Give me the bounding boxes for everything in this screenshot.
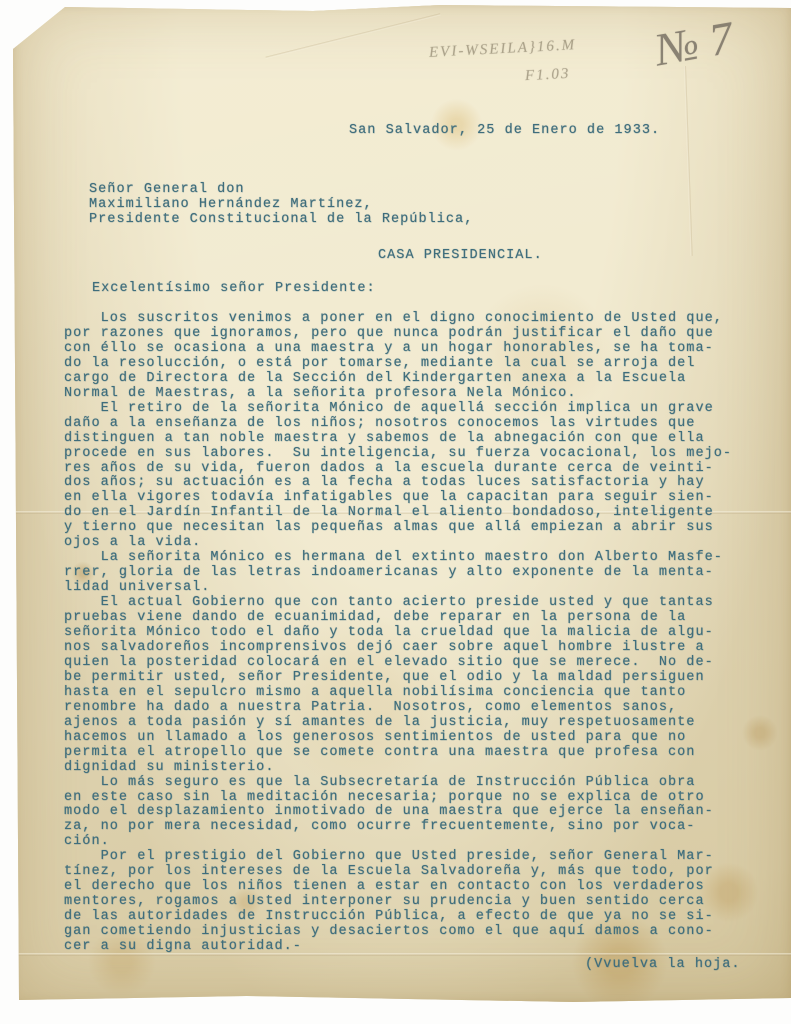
- text-line: señorita Mónico todo el daño y toda la c…: [64, 626, 732, 641]
- text-line: hacemos un llamado a los generosos senti…: [64, 731, 732, 746]
- salutation: Excelentísimo señor Presidente:: [92, 282, 376, 297]
- pencil-bleedthrough-note: EVI-WSEILA}16.M: [429, 37, 577, 62]
- pencil-folio-number: № 7: [651, 11, 737, 77]
- text-line: cargo de Directora de la Sección del Kin…: [64, 372, 732, 387]
- paragraph: Los suscritos venimos a poner en el dign…: [64, 312, 732, 402]
- text-line: rrer, gloria de las letras indoamericana…: [64, 566, 732, 581]
- letter-page: EVI-WSEILA}16.M F1.03 № 7 San Salvador, …: [13, 5, 791, 1002]
- text-line: gan cometiendo injusticias y desaciertos…: [64, 925, 732, 940]
- edge-crease: [684, 66, 693, 256]
- paragraph: El retiro de la señorita Mónico de aquel…: [64, 402, 732, 552]
- text-line: procede en sus labores. Su inteligencia,…: [64, 447, 732, 462]
- text-line: renombre ha dado a nuestra Patria. Nosot…: [64, 701, 732, 716]
- text-line: hasta en el sepulcro mismo a aquella nob…: [64, 686, 732, 701]
- text-line: permita el atropello que se comete contr…: [64, 746, 732, 761]
- text-line: quien la posteridad colocará en el eleva…: [64, 656, 732, 671]
- text-line: El actual Gobierno que con tanto acierto…: [64, 596, 732, 611]
- text-line: Los suscritos venimos a poner en el dign…: [64, 312, 732, 327]
- text-line: de las autoridades de Instrucción Públic…: [64, 910, 732, 925]
- paragraph: Lo más seguro es que la Subsecretaría de…: [64, 776, 732, 851]
- text-line: Normal de Maestras, a la señorita profes…: [64, 387, 732, 402]
- text-line: ojos a la vida.: [64, 536, 732, 551]
- text-line: be permitir usted, señor Presidente, que…: [64, 671, 732, 686]
- text-line: mentores, rogamos a Usted interponer su …: [64, 895, 732, 910]
- date-line: San Salvador, 25 de Enero de 1933.: [349, 124, 660, 139]
- text-line: el derecho que los niños tienen a estar …: [64, 880, 732, 895]
- text-line: Señor General don: [89, 183, 473, 198]
- recipient-block: Señor General donMaximiliano Hernández M…: [89, 183, 473, 228]
- text-line: cer a su digna autoridad.-: [64, 940, 732, 955]
- text-line: za, no por mera necesidad, como ocurre f…: [64, 820, 732, 835]
- scanned-letter: EVI-WSEILA}16.M F1.03 № 7 San Salvador, …: [0, 0, 791, 1024]
- text-line: distinguen a tan noble maestra y sabemos…: [64, 432, 732, 447]
- pencil-reference-note: F1.03: [525, 66, 571, 85]
- text-line: pruebas viene dando de ecuanimidad, debe…: [64, 611, 732, 626]
- text-line: do la resolucción, o está por tomarse, m…: [64, 357, 732, 372]
- text-line: Presidente Constitucional de la Repúblic…: [89, 213, 473, 228]
- text-line: con éllo se ocasiona a una maestra y a u…: [64, 342, 732, 357]
- page-turn-note: (Vvuelva la hoja.: [585, 958, 741, 973]
- text-line: nos salvadoreños incomprensivos dejó cae…: [64, 641, 732, 656]
- letter-body: Los suscritos venimos a poner en el dign…: [64, 312, 732, 955]
- corner-crease: [265, 13, 440, 58]
- paragraph: La señorita Mónico es hermana del extint…: [64, 551, 732, 596]
- text-line: El retiro de la señorita Mónico de aquel…: [64, 402, 732, 417]
- text-line: ajenos a toda pasión y sí amantes de la …: [64, 716, 732, 731]
- text-line: daño a la enseñanza de los niños; nosotr…: [64, 417, 732, 432]
- text-line: lidad universal.: [64, 581, 732, 596]
- paragraph: El actual Gobierno que con tanto acierto…: [64, 596, 732, 775]
- text-line: Lo más seguro es que la Subsecretaría de…: [64, 776, 732, 791]
- text-line: La señorita Mónico es hermana del extint…: [64, 551, 732, 566]
- text-line: tínez, por los intereses de la Escuela S…: [64, 865, 732, 880]
- office-line: CASA PRESIDENCIAL.: [378, 249, 543, 264]
- text-line: Maximiliano Hernández Martínez,: [89, 198, 473, 213]
- paragraph: Por el prestigio del Gobierno que Usted …: [64, 850, 732, 955]
- text-line: dignidad su ministerio.: [64, 761, 732, 776]
- text-line: por razones que ignoramos, pero que nunc…: [64, 327, 732, 342]
